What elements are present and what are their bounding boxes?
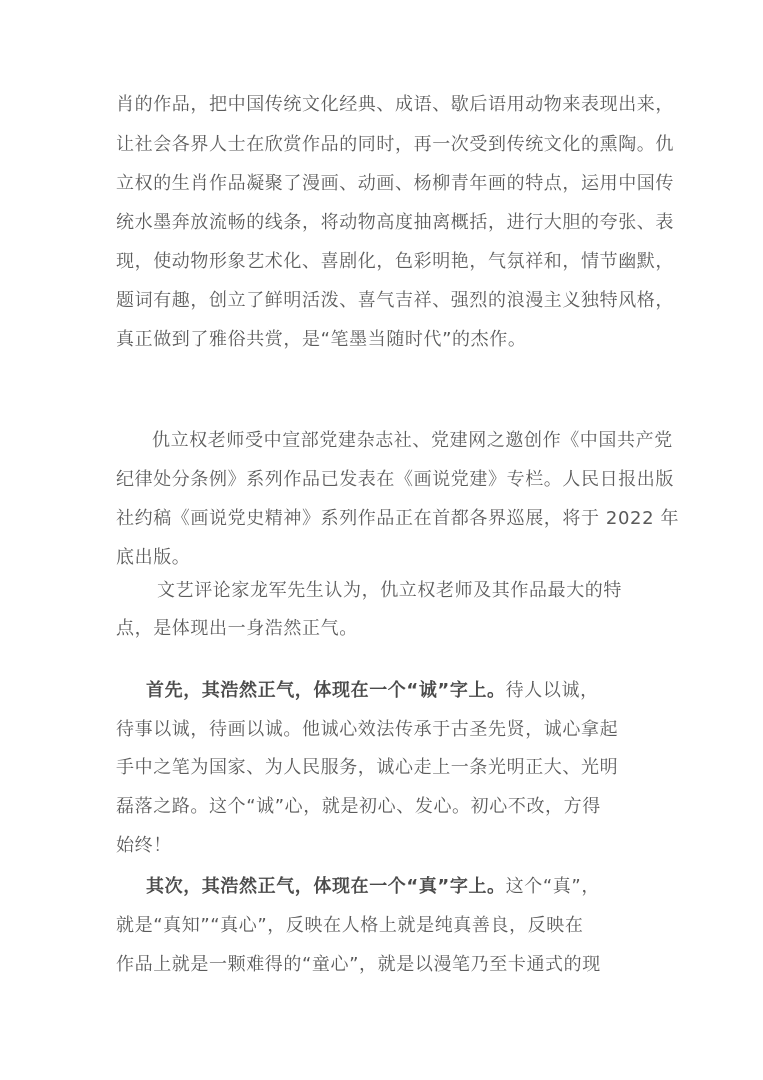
text-line: 就是“真知”“真心”，反映在人格上就是纯真善良，反映在 — [116, 913, 656, 939]
document-page: 肖的作品，把中国传统文化经典、成语、歇后语用动物来表现出来， 让社会各界人士在欣… — [0, 0, 763, 1080]
text-line: 真正做到了雅俗共赏，是“笔墨当随时代”的杰作。 — [116, 327, 656, 353]
text-line: 让社会各界人士在欣赏作品的同时，再一次受到传统文化的熏陶。仇 — [116, 132, 656, 158]
text-line: 立权的生肖作品凝聚了漫画、动画、杨柳青年画的特点，运用中国传 — [116, 171, 656, 197]
text-line: 统水墨奔放流畅的线条，将动物高度抽离概括，进行大胆的夸张、表 — [116, 210, 656, 236]
text-span: 这个“真”， — [506, 876, 600, 897]
text-line: 始终！ — [116, 833, 656, 859]
text-line: 纪律处分条例》系列作品已发表在《画说党建》专栏。人民日报出版 — [116, 467, 656, 493]
bold-lead-sentence: 其次，其浩然正气，体现在一个“真”字上。 — [146, 876, 506, 897]
text-line: 手中之笔为国家、为人民服务，诚心走上一条光明正大、光明 — [116, 755, 656, 781]
text-line: 文艺评论家龙军先生认为，仇立权老师及其作品最大的特 — [157, 578, 656, 604]
text-line: 现，使动物形象艺术化、喜剧化，色彩明艳，气氛祥和，情节幽默， — [116, 249, 656, 275]
text-line: 作品上就是一颗难得的“童心”，就是以漫笔乃至卡通式的现 — [116, 952, 656, 978]
text-line: 点，是体现出一身浩然正气。 — [116, 616, 656, 642]
text-line: 待事以诚，待画以诚。他诚心效法传承于古圣先贤，诚心拿起 — [116, 717, 656, 743]
text-span: 待人以诚， — [506, 680, 599, 701]
text-line: 磊落之路。这个“诚”心，就是初心、发心。初心不改，方得 — [116, 794, 656, 820]
text-line: 其次，其浩然正气，体现在一个“真”字上。这个“真”， — [146, 874, 656, 900]
text-line: 首先，其浩然正气，体现在一个“诚”字上。待人以诚， — [146, 678, 656, 704]
text-line: 社约稿《画说党史精神》系列作品正在首都各界巡展，将于 2022 年 — [116, 506, 656, 532]
bold-lead-sentence: 首先，其浩然正气，体现在一个“诚”字上。 — [146, 680, 506, 701]
text-line: 题词有趣，创立了鲜明活泼、喜气吉祥、强烈的浪漫主义独特风格， — [116, 288, 656, 314]
text-line: 仇立权老师受中宣部党建杂志社、党建网之邀创作《中国共产党 — [152, 428, 656, 454]
text-line: 肖的作品，把中国传统文化经典、成语、歇后语用动物来表现出来， — [116, 92, 656, 118]
text-line: 底出版。 — [116, 545, 656, 571]
